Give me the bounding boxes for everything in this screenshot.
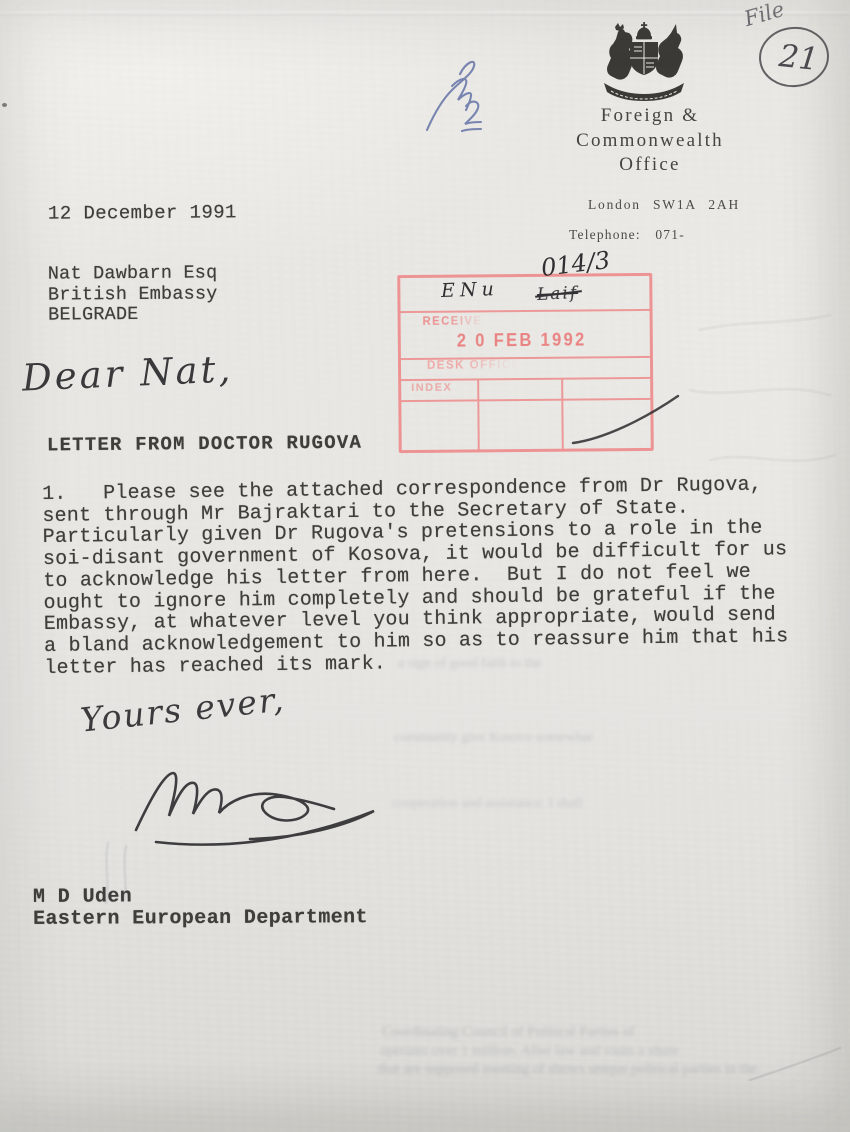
signer-name: M D Uden <box>33 885 368 908</box>
bleedthrough-strokes <box>745 1040 845 1095</box>
valediction-handwritten: Yours ever, <box>79 679 288 739</box>
file-number: 21 <box>777 38 820 78</box>
bleedthrough-text: operates over 1 million. After law and v… <box>380 1043 800 1060</box>
letterhead-telephone: Telephone: 071- <box>569 227 685 243</box>
letterhead-org-name: Foreign & Commonwealth Office <box>558 104 742 178</box>
stamp-received-label: RECEIVED <box>422 313 492 328</box>
stamp-grid-line <box>401 309 650 313</box>
salutation-handwritten: Dear Nat, <box>21 347 234 399</box>
recipient-org: British Embassy <box>48 284 218 306</box>
bleedthrough-text: Coordinating Council of Political Partie… <box>382 1024 802 1041</box>
stamp-date: 2 0 FEB 1992 <box>457 329 587 351</box>
signoff-block: M D Uden Eastern European Department <box>33 885 368 930</box>
blue-ink-initials <box>408 52 520 145</box>
bleedthrough-text: cooperation and assistance. I shall <box>392 796 732 812</box>
stamp-grid-line <box>477 378 480 449</box>
royal-coat-of-arms-icon <box>591 21 697 110</box>
recipient-name: Nat Dawbarn Esq <box>48 263 218 285</box>
subject-line: LETTER FROM DOCTOR RUGOVA <box>47 432 362 457</box>
bleedthrough-text: community give Kosovo somewhat <box>394 730 734 746</box>
bleedthrough-strokes <box>680 300 850 525</box>
stamp-index-label: INDEX <box>411 382 452 394</box>
letterhead-org-line1: Foreign & <box>558 104 742 129</box>
letter-date: 12 December 1991 <box>48 201 237 224</box>
bleedthrough-strokes <box>88 838 168 913</box>
scanned-letter-page: Foreign & Commonwealth Office London SW1… <box>0 0 850 1132</box>
paper-speck <box>2 103 7 107</box>
scan-crease-line <box>0 11 850 16</box>
stamp-grid-line <box>401 377 650 381</box>
letter-body: 1. Please see the attached correspondenc… <box>42 474 789 679</box>
recipient-city: BELGRADE <box>48 304 218 326</box>
pen-slash-mark <box>548 388 688 458</box>
signer-department: Eastern European Department <box>33 907 368 930</box>
bleedthrough-text: that are supposed meeting of shows uniqu… <box>378 1061 808 1078</box>
registry-code-handwritten: ENu <box>441 278 499 302</box>
struck-out-note: Laif <box>537 283 579 305</box>
letterhead-org-line3: Office <box>558 153 742 178</box>
recipient-address-block: Nat Dawbarn Esq British Embassy BELGRADE <box>48 263 218 326</box>
letterhead-org-line2: Commonwealth <box>558 129 742 154</box>
letterhead-address: London SW1A 2AH <box>588 197 740 213</box>
stamp-desk-officer-label: DESK OFFICER <box>427 359 531 372</box>
